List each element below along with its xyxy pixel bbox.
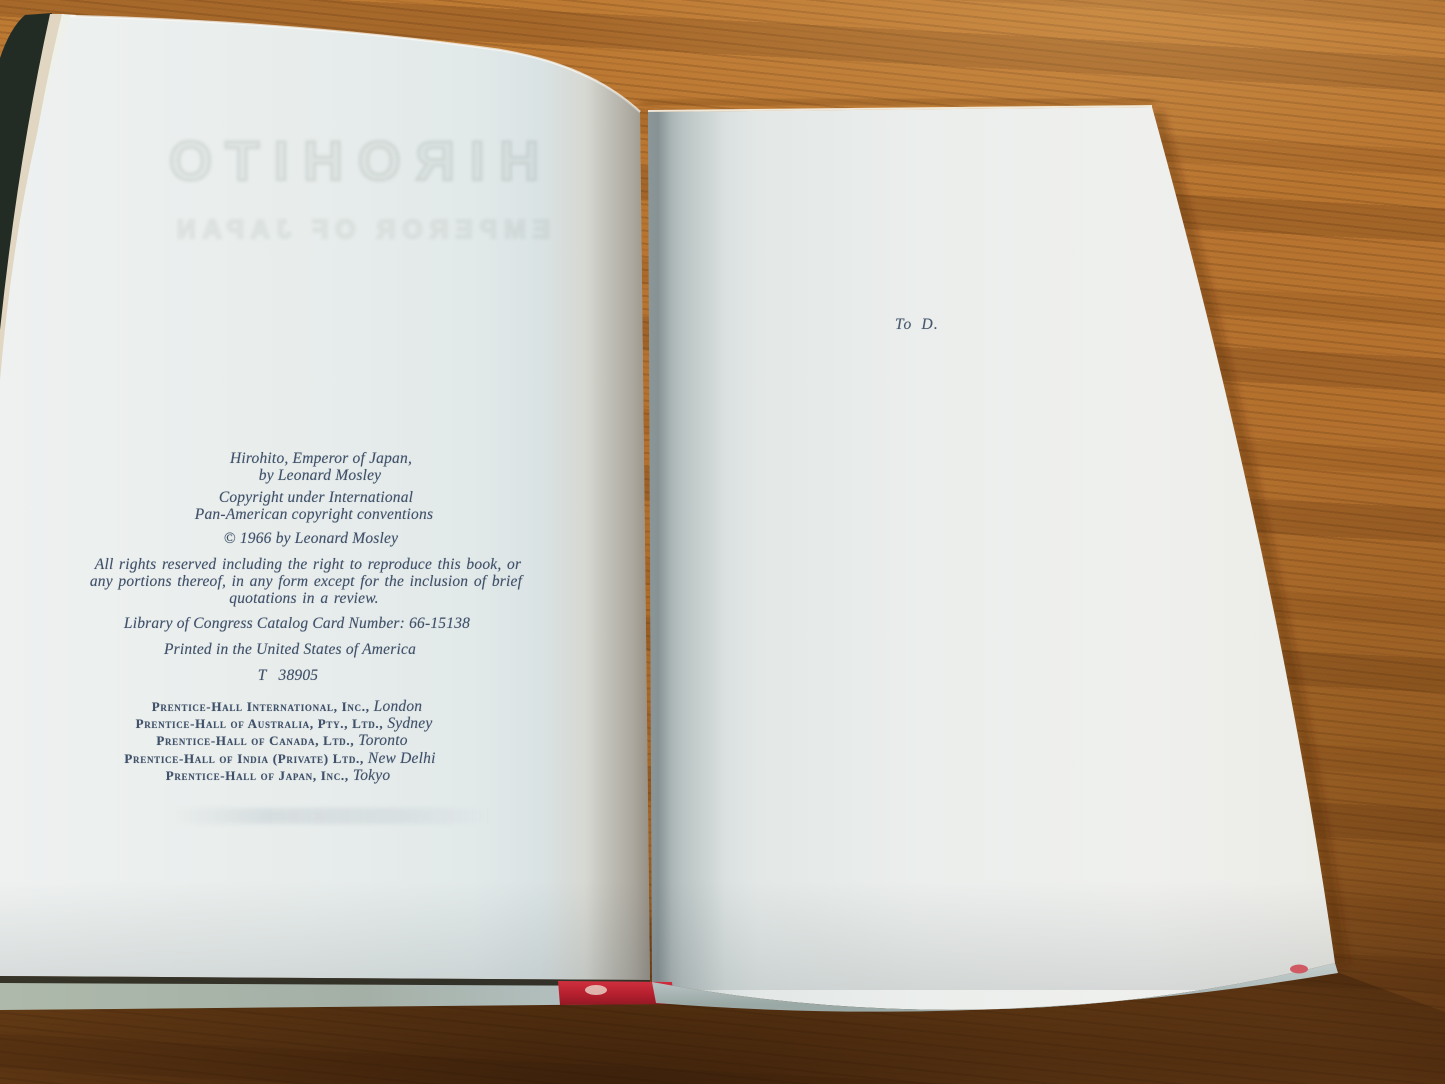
copyright-year-line: © 1966 by Leonard Mosley — [76, 530, 546, 547]
publisher-name: Prentice-Hall of India (Private) Ltd., — [124, 751, 364, 766]
printed-in-line: Printed in the United States of America — [55, 641, 525, 658]
red-patch-scuff — [585, 985, 607, 995]
publisher-city: Tokyo — [353, 767, 390, 784]
rights-line3: quotations in a review. — [69, 590, 539, 607]
publisher-city: Sydney — [387, 715, 432, 732]
book-title-line: Hirohito, Emperor of Japan, — [86, 450, 556, 467]
byline: by Leonard Mosley — [85, 467, 555, 484]
publisher-name: Prentice-Hall International, Inc., — [152, 699, 370, 714]
publisher-line: Prentice-Hall of Canada, Ltd.,Toronto — [47, 732, 517, 749]
publisher-name: Prentice-Hall of Canada, Ltd., — [156, 733, 354, 748]
library-of-congress-line: Library of Congress Catalog Card Number:… — [62, 615, 532, 632]
copyright-convention-line1: Copyright under International — [81, 489, 551, 506]
publisher-line: Prentice-Hall of Japan, Inc.,Tokyo — [43, 767, 513, 784]
publisher-city: London — [374, 698, 423, 715]
publisher-line: Prentice-Hall of India (Private) Ltd.,Ne… — [45, 750, 515, 767]
publisher-city: Toronto — [358, 732, 407, 749]
dedication-text: To D. — [855, 316, 979, 334]
copyright-page-text: Hirohito, Emperor of Japan, by Leonard M… — [75, 450, 545, 784]
bleedthrough-streak — [170, 808, 490, 824]
rights-line1: All rights reserved including the right … — [73, 556, 543, 573]
bottom-page-shading — [0, 860, 1445, 990]
rights-line2: any portions thereof, in any form except… — [71, 573, 541, 590]
publisher-line: Prentice-Hall of Australia, Pty., Ltd.,S… — [49, 715, 519, 732]
publisher-name: Prentice-Hall of Japan, Inc., — [166, 768, 349, 783]
top-edge-shadow — [640, 100, 1155, 104]
printer-code: T 38905 — [53, 667, 523, 684]
publisher-line: Prentice-Hall International, Inc.,London — [52, 698, 522, 715]
red-edge-dot — [1290, 965, 1308, 974]
copyright-convention-line2: Pan-American copyright conventions — [79, 506, 549, 523]
book-photo: HIROHITO EMPEROR OF JAPAN Hirohito, Empe… — [0, 0, 1445, 1084]
publisher-name: Prentice-Hall of Australia, Pty., Ltd., — [136, 716, 384, 731]
publisher-city: New Delhi — [368, 750, 436, 767]
